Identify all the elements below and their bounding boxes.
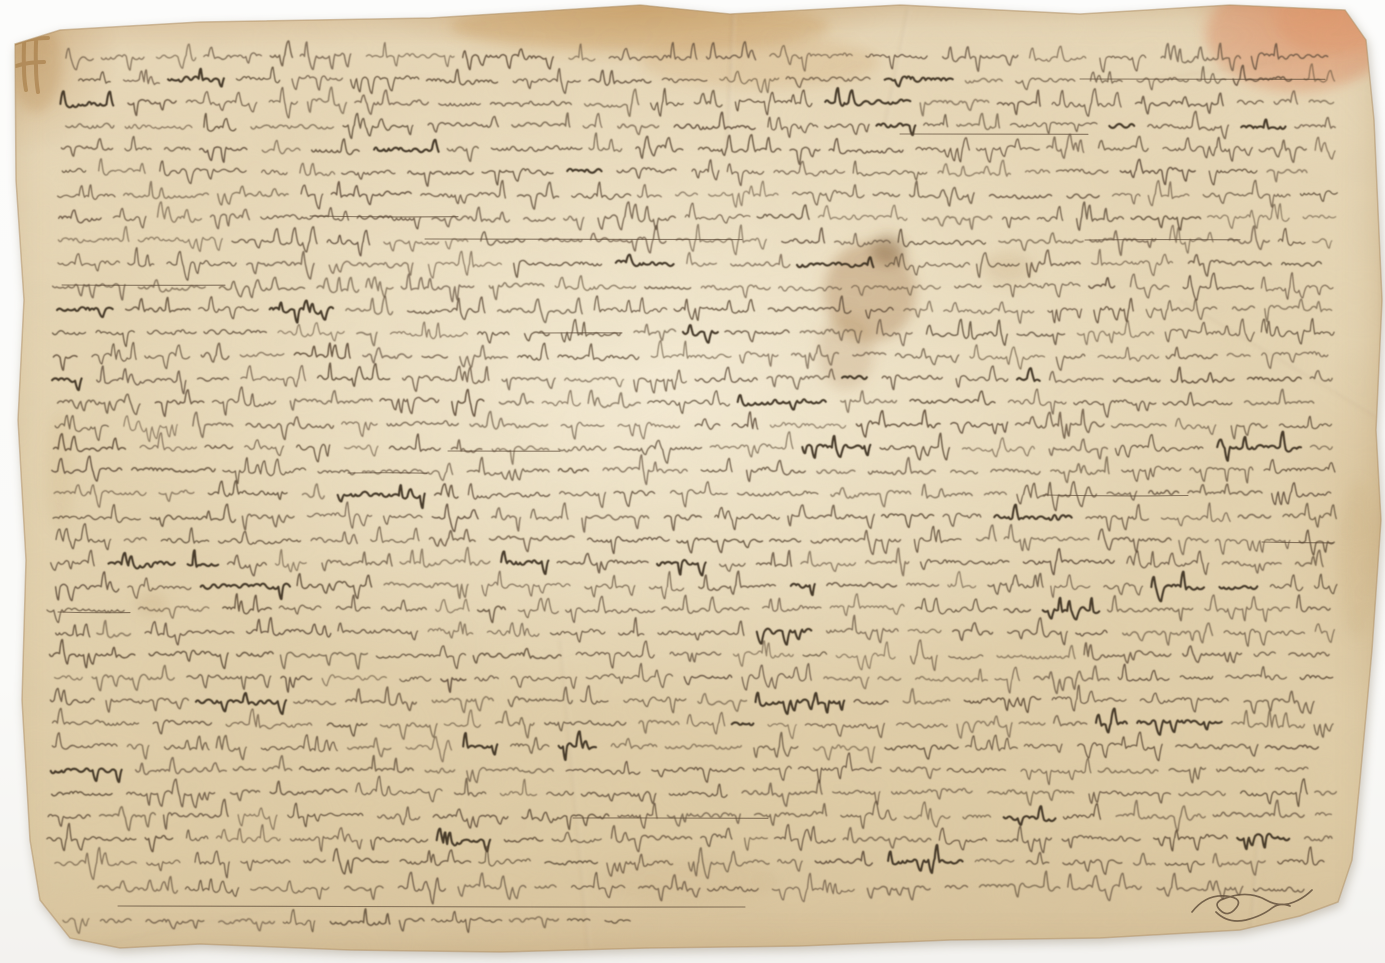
sheet-content <box>0 0 1385 963</box>
manuscript-photo <box>0 0 1385 963</box>
parchment-document <box>0 0 1385 963</box>
paper-grain <box>0 0 1385 963</box>
manuscript-text-layer <box>0 0 1385 963</box>
